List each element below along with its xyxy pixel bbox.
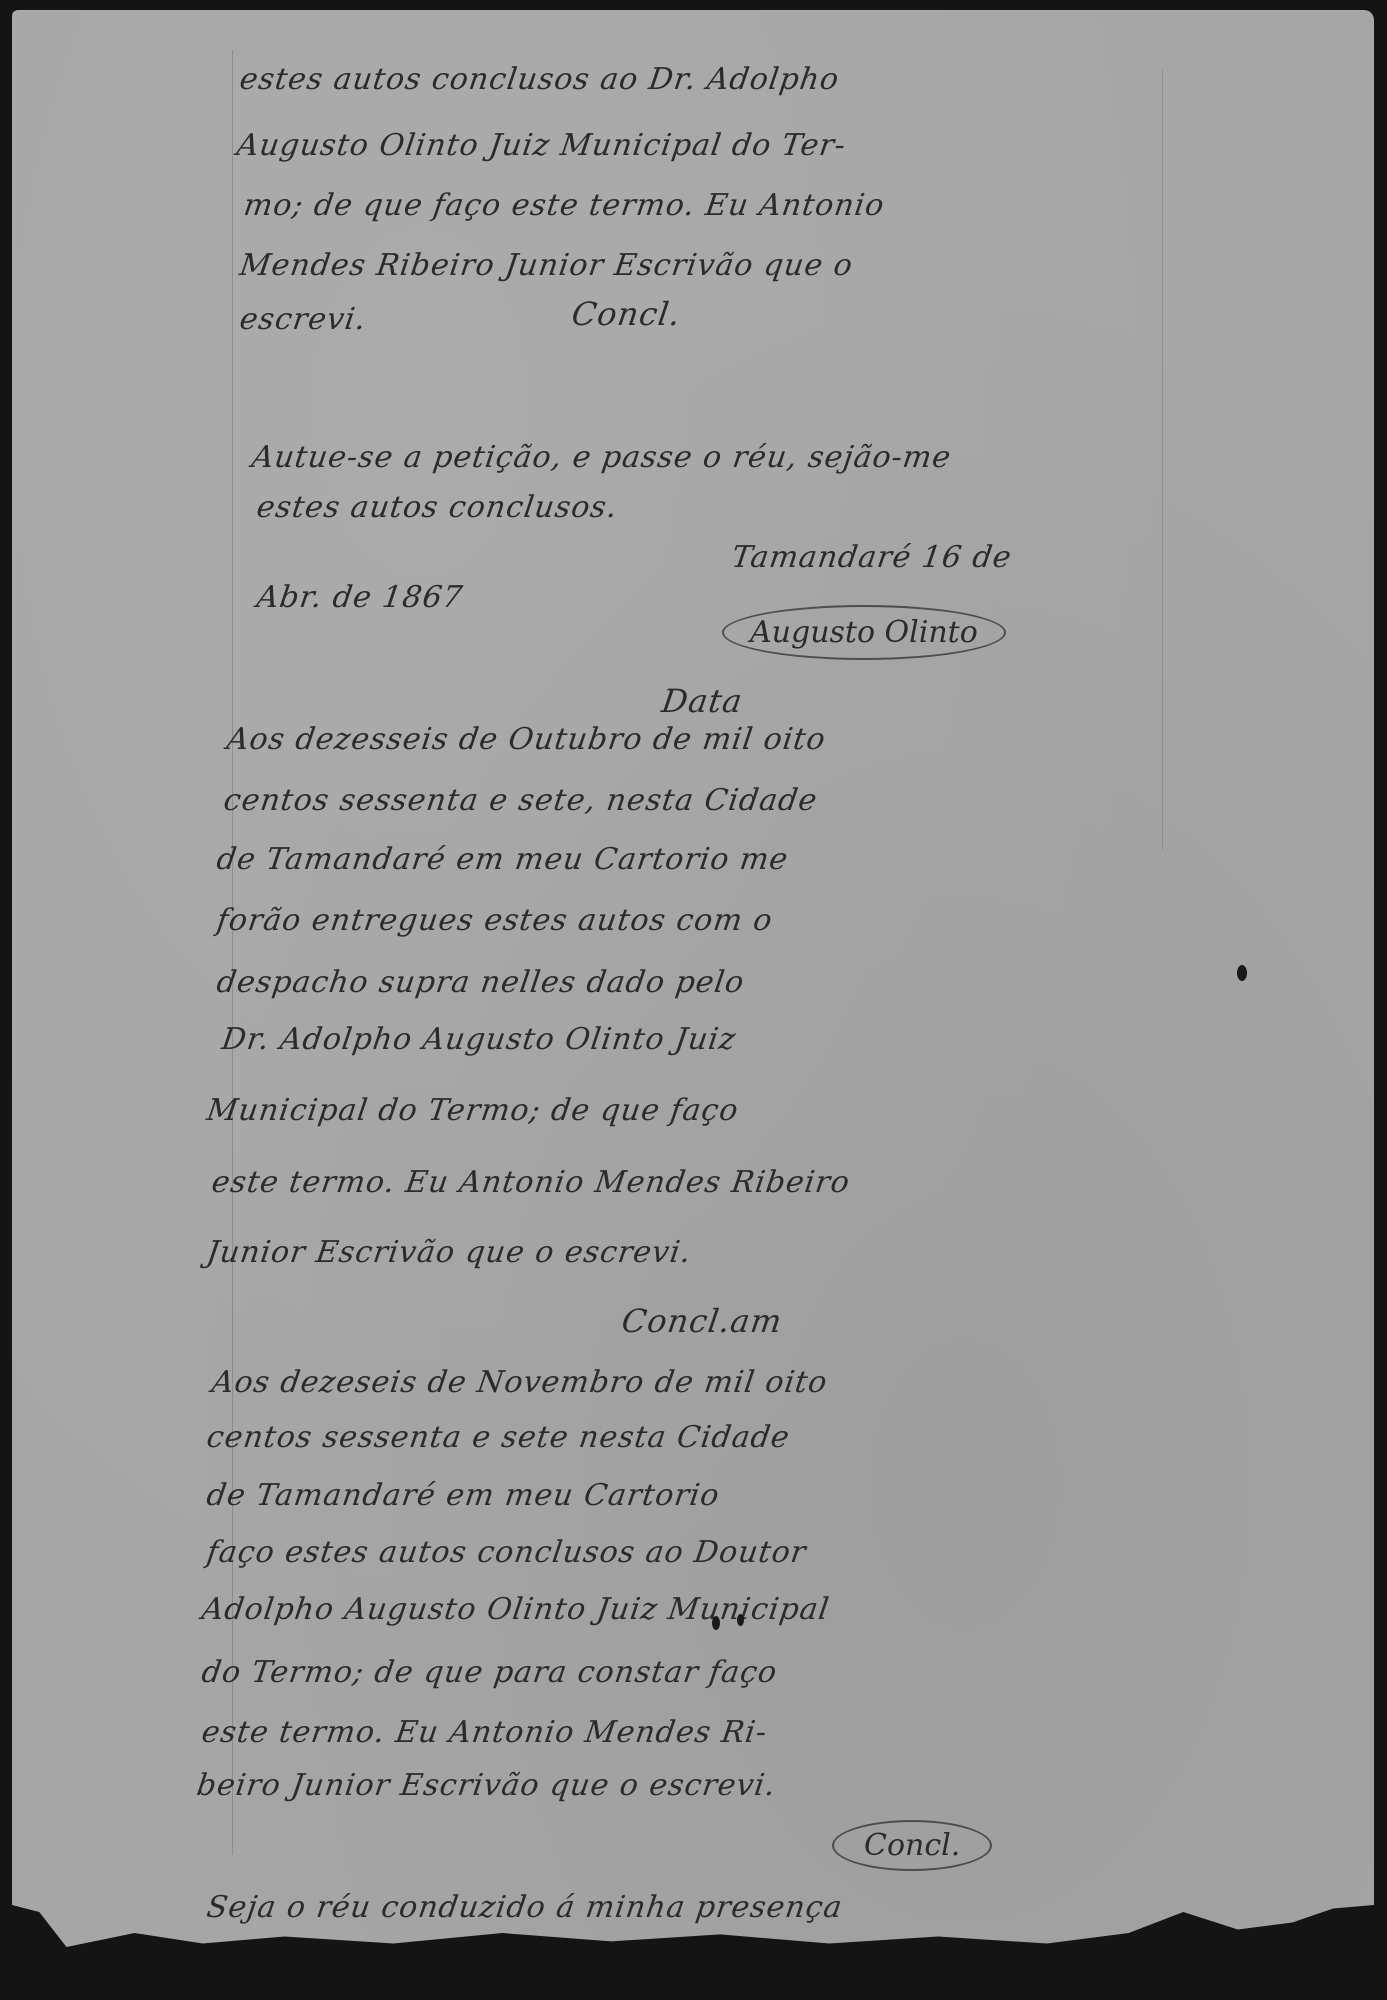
text-line: de Tamandaré em meu Cartorio me — [215, 842, 791, 877]
text-line: do Termo; de que para constar faço — [200, 1655, 780, 1690]
left-margin-rule — [232, 50, 233, 1855]
place-date: Abr. de 1867 — [255, 580, 466, 615]
text-line: despacho supra nelles dado pelo — [215, 965, 747, 1000]
text-line: Autue-se a petição, e passe o réu, sejão… — [250, 440, 954, 475]
text-line: Augusto Olinto Juiz Municipal do Ter- — [235, 128, 849, 163]
text-line: forão entregues estes autos com o — [215, 903, 775, 938]
text-line: centos sessenta e sete nesta Cidade — [205, 1420, 793, 1455]
text-line: este termo. Eu Antonio Mendes Ri- — [200, 1715, 770, 1750]
text-line: de Tamandaré em meu Cartorio — [205, 1478, 722, 1513]
document-page: estes autos conclusos ao Dr. Adolpho Aug… — [12, 10, 1374, 1975]
heading-data: Data — [659, 682, 745, 720]
judge-signature: Augusto Olinto — [722, 605, 1006, 660]
text-line: centos sessenta e sete, nesta Cidade — [222, 783, 820, 818]
text-line: faço estes autos conclusos ao Doutor — [205, 1535, 809, 1570]
heading-conclusao: Concl.am — [619, 1302, 784, 1340]
text-line: este termo. Eu Antonio Mendes Ribeiro — [210, 1165, 853, 1200]
ink-blot — [1237, 965, 1247, 981]
place-date: Tamandaré 16 de — [730, 540, 1015, 575]
heading-concl: Concl. — [569, 295, 683, 333]
ink-blot — [712, 1616, 720, 1630]
text-line: Aos dezesseis de Outubro de mil oito — [225, 722, 829, 757]
text-line: Aos dezeseis de Novembro de mil oito — [210, 1365, 830, 1400]
text-line: Dr. Adolpho Augusto Olinto Juiz — [220, 1022, 739, 1057]
text-line: beiro Junior Escrivão que o escrevi. — [195, 1768, 779, 1803]
ink-blot — [737, 1614, 744, 1626]
text-line: Junior Escrivão que o escrevi. — [205, 1235, 694, 1270]
text-line: mo; de que faço este termo. Eu Antonio — [242, 188, 887, 223]
text-line: estes autos conclusos. — [255, 490, 620, 525]
text-line: Seja o réu conduzido á minha presença — [205, 1890, 845, 1925]
text-line: Mendes Ribeiro Junior Escrivão que o — [238, 248, 856, 283]
right-margin-rule — [1162, 70, 1163, 850]
text-line: escrevi. — [238, 302, 369, 337]
text-line: Municipal do Termo; de que faço — [205, 1093, 741, 1128]
bottom-concl-mark: Concl. — [832, 1820, 992, 1871]
text-line: estes autos conclusos ao Dr. Adolpho — [238, 62, 842, 97]
